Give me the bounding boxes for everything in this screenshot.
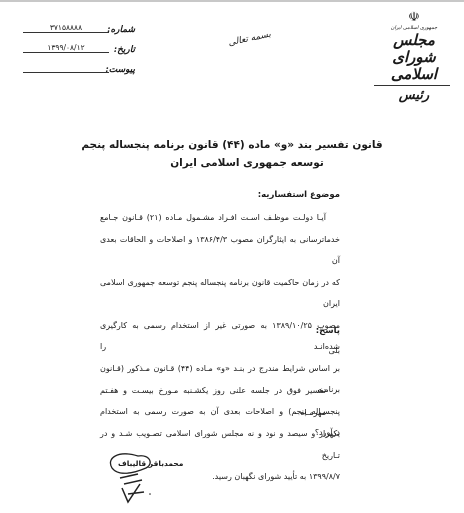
meta-date-value: ۱۳۹۹/۰۸/۱۲ (23, 43, 109, 52)
subject-label: موضوع استفساریه: (100, 190, 340, 200)
title-line-2: توسعه جمهوری اسلامی ایران (60, 154, 404, 172)
iran-emblem-icon: ☫ (372, 10, 456, 25)
answer-label: پاسخ: (100, 326, 340, 336)
emblem-divider (374, 85, 450, 86)
letter-meta: ۳۷۱۵۸۸۸۸ شماره: ۱۳۹۹/۰۸/۱۲ تاریخ: پیوست: (20, 18, 135, 78)
answer-value: بلی (100, 346, 340, 355)
approval-line: تفسیر فوق در جلسه علنی روز یکشـنبه مـورخ… (100, 380, 340, 423)
page-top-border (0, 0, 464, 2)
meta-number-label: شماره: (107, 25, 135, 35)
meta-line (23, 32, 109, 33)
meta-date: ۱۳۹۹/۰۸/۱۲ تاریخ: (20, 38, 135, 58)
meta-attachment-label: پیوست: (105, 65, 135, 75)
meta-number-value: ۳۷۱۵۸۸۸۸ (23, 23, 109, 32)
question-line: آیـا دولـت موظـف اسـت افـراد مشـمول مـاد… (100, 207, 340, 229)
handwritten-signature-icon (98, 448, 208, 508)
meta-attachment: پیوست: (20, 58, 135, 78)
basmala-calligraphy: بسمه تعالی (227, 30, 271, 49)
meta-date-label: تاریخ: (114, 45, 135, 55)
emblem-parliament-name: مجلس شورای اسلامی (372, 32, 456, 83)
question-line: خدماترسانی به ایثارگران مصوب ۱۳۸۶/۴/۳ و … (100, 229, 340, 272)
title-line-1: قانون تفسیر بند «و» ماده (۴۴) قانون برنا… (60, 136, 404, 154)
meta-number: ۳۷۱۵۸۸۸۸ شماره: (20, 18, 135, 38)
emblem-office-title: رئیس (372, 88, 456, 103)
meta-line (23, 72, 109, 73)
parliament-emblem: ☫ جمهوری اسلامی ایران مجلس شورای اسلامی … (372, 10, 456, 103)
question-line: که در زمان حاکمیت قانون برنامه پنجساله پ… (100, 272, 340, 315)
meta-line (23, 52, 109, 53)
signatory-name: محمدباقر قالیباف (118, 459, 183, 468)
document-title: قانون تفسیر بند «و» ماده (۴۴) قانون برنا… (60, 136, 404, 172)
signature-block: محمدباقر قالیباف (98, 448, 208, 508)
